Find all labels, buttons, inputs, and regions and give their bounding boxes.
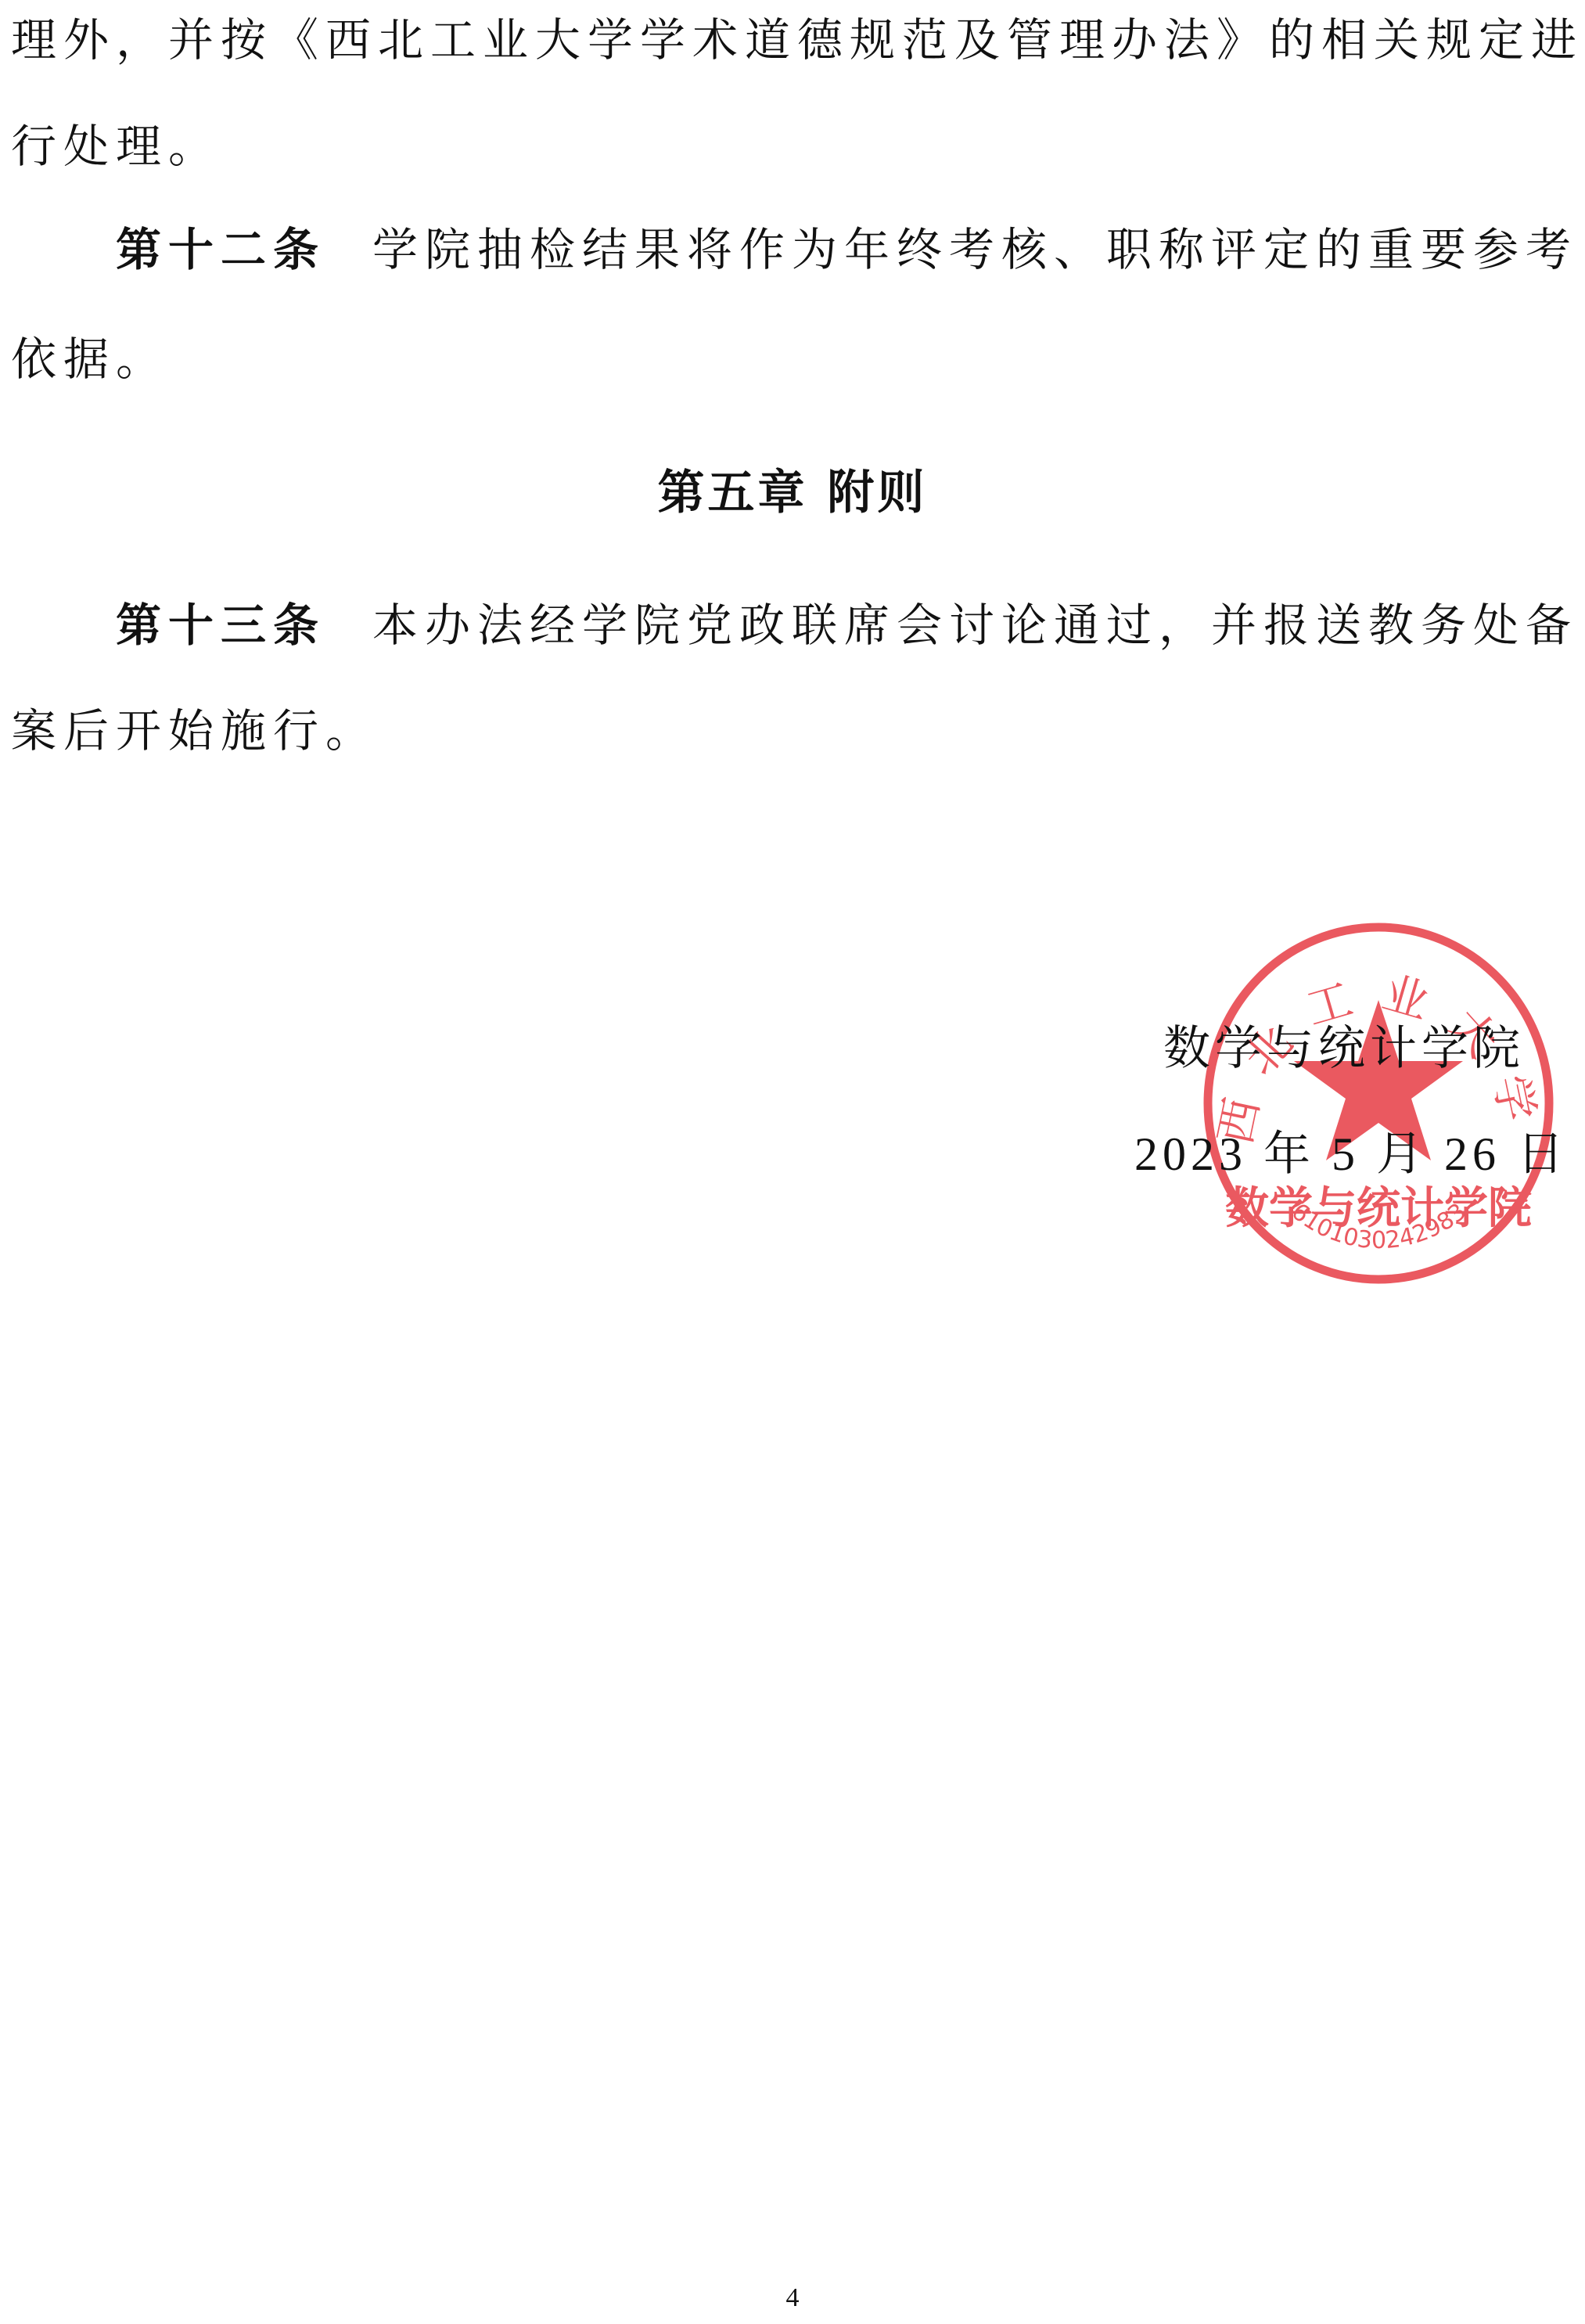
article-label: 第十二条 <box>116 223 325 276</box>
paragraph-line: 行处理。 <box>11 124 221 169</box>
article-text: 本办法经学院党政联席会讨论通过，并报送教务处备 <box>372 599 1578 652</box>
paragraph-line: 理外，并按《西北工业大学学术道德规范及管理办法》的相关规定进 <box>11 17 1583 63</box>
article-13: 第十三条本办法经学院党政联席会讨论通过，并报送教务处备 <box>116 603 1578 648</box>
page-number: 4 <box>0 2283 1585 2313</box>
signature-org: 数学与统计学院 <box>1163 1025 1525 1072</box>
article-label: 第十三条 <box>116 599 325 652</box>
paragraph-line: 依据。 <box>11 336 168 382</box>
article-12: 第十二条学院抽检结果将作为年终考核、职称评定的重要参考 <box>116 227 1578 272</box>
chapter-heading: 第五章 附则 <box>0 469 1585 516</box>
official-seal-icon: 西北工业大学 数学与统计学院 6101030242983 <box>1201 922 1557 1286</box>
signature-date: 2023 年 5 月 26 日 <box>1134 1131 1569 1178</box>
article-text: 学院抽检结果将作为年终考核、职称评定的重要参考 <box>372 223 1578 276</box>
paragraph-line: 案后开始施行。 <box>11 708 378 754</box>
